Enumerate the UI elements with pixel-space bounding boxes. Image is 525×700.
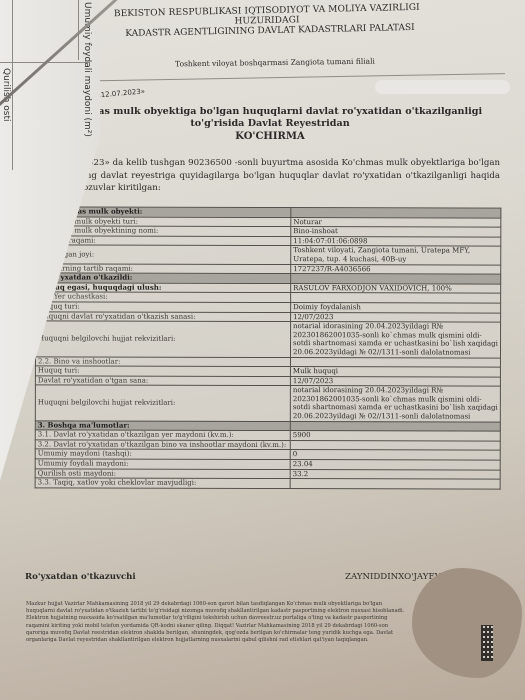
row-value — [290, 440, 500, 450]
row-value: RASULOV FARXODJON VAXIDOVICH, 100% — [291, 283, 501, 293]
row-label: Qurilish osti maydoni: — [35, 469, 290, 479]
table-row: 2.2. Bino va inshootlar: — [35, 356, 500, 367]
row-value — [291, 208, 501, 218]
table-row: Huquqni davlat ro'yxatidan o'tkazish san… — [36, 311, 501, 322]
back-page-line — [12, 0, 13, 170]
row-label: 2.1. Yer uchastkasi: — [36, 292, 291, 302]
row-label: Huquq turi: — [35, 366, 290, 376]
row-value — [290, 479, 500, 489]
row-value: Doimiy foydalanish — [291, 302, 501, 312]
intro-paragraph: «11.07.2023» da kelib tushgan 90236500 -… — [38, 157, 500, 195]
table-row: Umumiy foydali maydoni:23.04 — [35, 459, 500, 470]
row-label: Huquq egasi, huquqdagi ulush: — [36, 283, 291, 293]
row-value: Noturar — [291, 217, 501, 227]
row-value — [291, 274, 501, 284]
redaction-mark-bottom — [412, 568, 522, 678]
table-row: 3.3. Taqiq, xatlov yoki cheklovlar mavju… — [35, 478, 500, 489]
row-value — [290, 421, 500, 431]
row-label: Huquqni belgilovchi hujjat rekvizitlari: — [35, 385, 290, 421]
row-value: 12/07/2023 — [291, 312, 501, 322]
table-row: Joylashgan joyi:Toshkent viloyati, Zangi… — [36, 245, 501, 264]
document-subtitle: KO'CHIRMA — [40, 131, 500, 142]
row-label: Huquqni belgilovchi hujjat rekvizitlari: — [35, 321, 290, 357]
branch-name: Toshkent viloyat boshqarmasi Zangiota tu… — [150, 56, 400, 68]
redaction-mark — [375, 80, 510, 94]
document-title: Ko'chmas mulk obyektiga bo'lgan huquqlar… — [40, 106, 500, 130]
table-row: 3.2. Davlat ro'yxatidan o'tkazilgan bino… — [35, 440, 500, 451]
table-row: Qurilish osti maydoni:33.2 — [35, 469, 500, 480]
table-row: 2.1. Yer uchastkasi: — [36, 292, 501, 303]
table-row: Ko'chmas mulk obyektining nomi:Bino-insh… — [36, 226, 501, 237]
table-row: Huquqni belgilovchi hujjat rekvizitlari:… — [35, 321, 500, 358]
row-label: Umumiy foydali maydoni: — [35, 459, 290, 469]
legal-footnote: Mazkur hujjat Vazirlar Mahkamasining 201… — [26, 601, 406, 644]
row-label: Davlat ro'yxatidan o'tgan sana: — [35, 376, 290, 386]
registrar-label: Ro'yxatdan o'tkazuvchi — [25, 572, 136, 582]
row-value: Mulk huquqi — [290, 367, 500, 377]
table-row: Huquq egasi, huquqdagi ulush:RASULOV FAR… — [36, 283, 501, 294]
row-value: 12/07/2023 — [290, 376, 500, 386]
row-value: Bino-inshoat — [291, 227, 501, 237]
table-section-row: 3. Boshqa ma'lumotlar: — [35, 421, 500, 432]
row-value — [291, 293, 501, 303]
row-value — [290, 357, 500, 367]
row-label: Huquq turi: — [36, 302, 291, 312]
row-label: Ko'chmas mulk obyektining nomi: — [36, 226, 291, 236]
row-label: 3. Boshqa ma'lumotlar: — [35, 421, 290, 431]
registry-table: 1. Ko'chmas mulk obyekti:Ko'chmas mulk o… — [35, 206, 502, 489]
row-label: 2.2. Bino va inshootlar: — [35, 356, 290, 366]
row-value: 23.04 — [290, 460, 500, 470]
row-label: 3.3. Taqiq, xatlov yoki cheklovlar mavju… — [35, 478, 290, 488]
row-label: Huquqni davlat ro'yxatidan o'tkazish san… — [36, 311, 291, 321]
row-label: Umumiy maydoni (tashqi): — [35, 449, 290, 459]
table-row: Ko'chmas mulk obyekti turi:Noturar — [36, 216, 501, 227]
row-value: 5900 — [290, 431, 500, 441]
row-value: 33.2 — [290, 469, 500, 479]
qr-code-icon — [481, 625, 493, 661]
row-value: Toshkent viloyati, Zangiota tumani, Urat… — [291, 246, 501, 265]
row-value: 11:04:07:01:06:0898 — [291, 236, 501, 246]
row-value: notarial idorasining 20.04.2023yildagi R… — [290, 322, 500, 358]
table-row: Umumiy maydoni (tashqi):0 — [35, 449, 500, 460]
row-label: Joylashgan joyi: — [36, 245, 291, 264]
row-value: notarial idorasining 20.04.2023yildagi R… — [290, 386, 500, 422]
row-value: 0 — [290, 450, 500, 460]
table-row: Davlat ro'yxatidan o'tgan sana:12/07/202… — [35, 376, 500, 387]
row-label: 3.2. Davlat ro'yxatidan o'tkazilgan bino… — [35, 440, 290, 450]
row-label: 3.1. Davlat ro'yxatidan o'tkazilgan yer … — [35, 430, 290, 440]
row-label: Kadastr raqami: — [36, 236, 291, 246]
table-section-row: 1. Ko'chmas mulk obyekti: — [36, 207, 501, 218]
table-row: Huquqni belgilovchi hujjat rekvizitlari:… — [35, 385, 500, 422]
table-row: 3.1. Davlat ro'yxatidan o'tkazilgan yer … — [35, 430, 500, 441]
row-value: 1727237/R-A4036566 — [291, 264, 501, 274]
